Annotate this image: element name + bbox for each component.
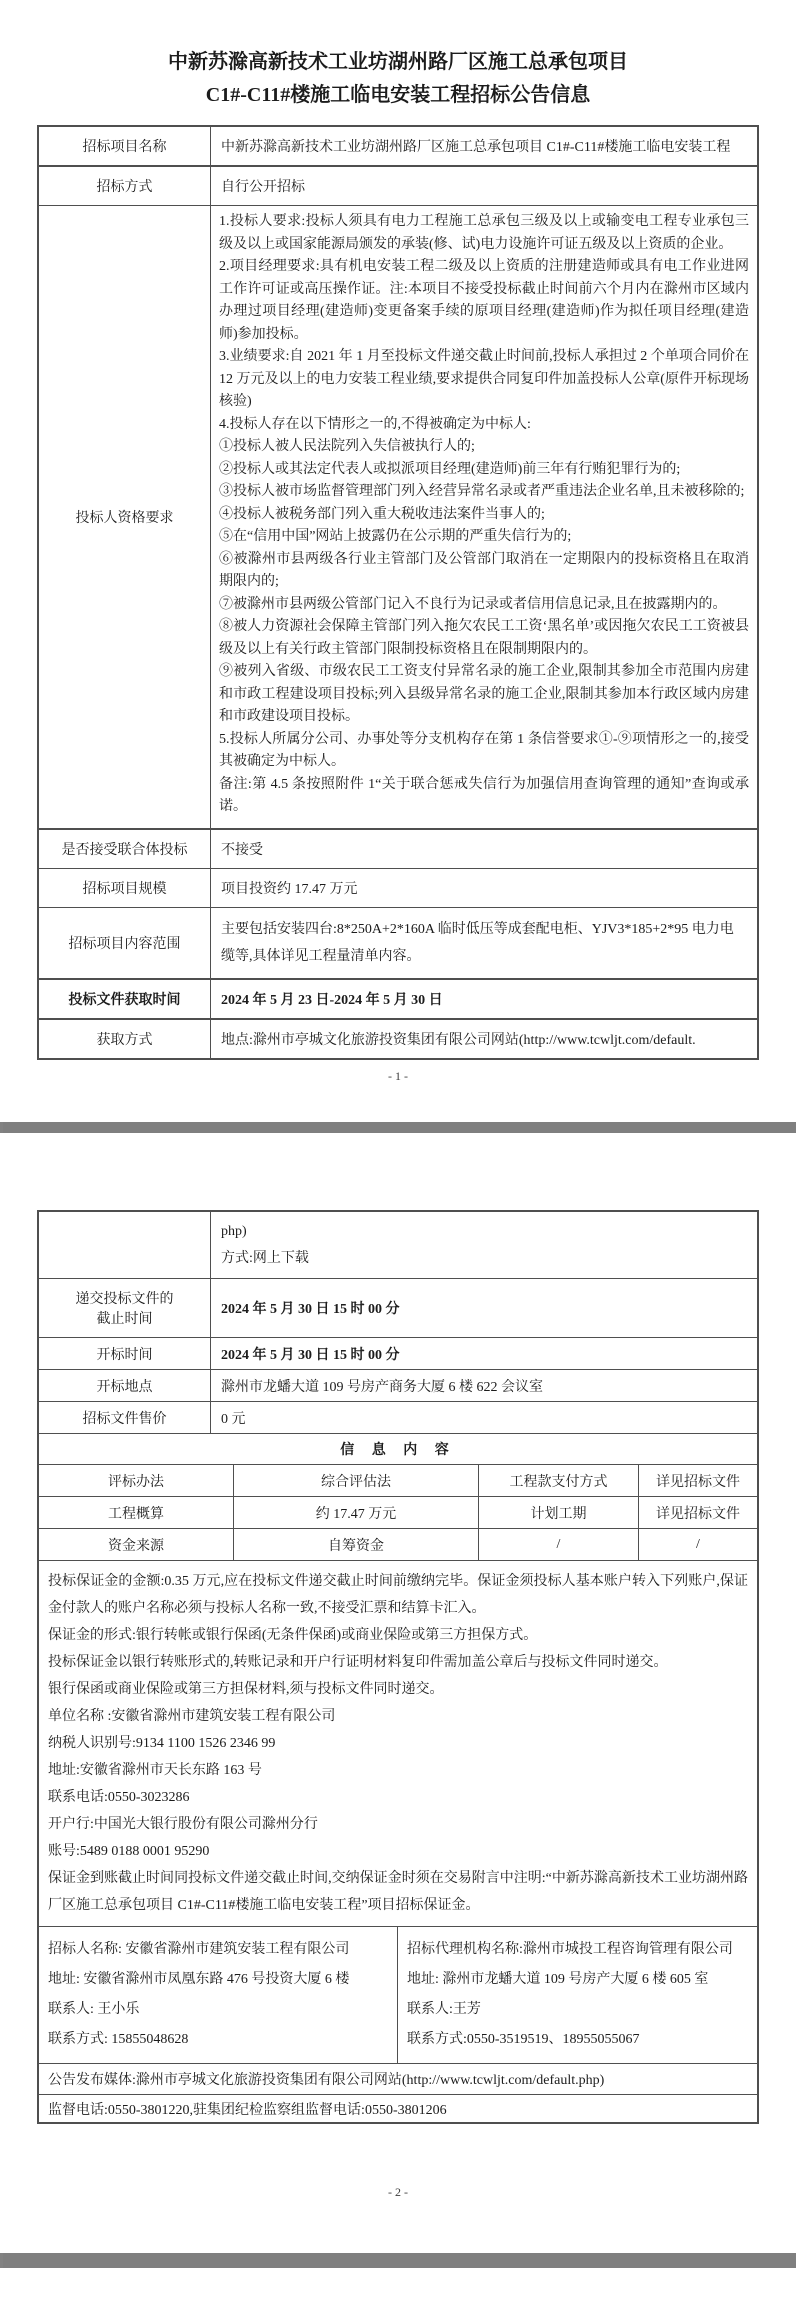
grid-cell: 资金来源 xyxy=(39,1529,234,1560)
tender-announcement-table-continued: php)方式:网上下载 递交投标文件的 截止时间 2024 年 5 月 30 日… xyxy=(37,1210,759,2124)
table-row-document-time: 投标文件获取时间 2024 年 5 月 23 日-2024 年 5 月 30 日 xyxy=(39,978,757,1018)
paragraph: 3.业绩要求:自 2021 年 1 月至投标文件递交截止时间前,投标人承担过 2… xyxy=(219,346,749,414)
row-label: 递交投标文件的 截止时间 xyxy=(39,1279,211,1337)
paragraph: 备注:第 4.5 条按照附件 1“关于联合惩戒失信行为加强信用查询管理的通知”查… xyxy=(219,774,749,819)
table-row-tender-method: 招标方式 自行公开招标 xyxy=(39,165,757,205)
grid-cell: 评标办法 xyxy=(39,1465,234,1496)
paragraph: 4.投标人存在以下情形之一的,不得被确定为中标人: xyxy=(219,414,749,437)
row-value: 不接受 xyxy=(211,830,757,868)
paragraph: 开户行:中国光大银行股份有限公司滁州分行 xyxy=(48,1811,748,1838)
paragraph: ⑥被滁州市县两级各行业主管部门及公管部门取消在一定期限内的投标资格且在取消期限内… xyxy=(219,549,749,594)
info-content-header: 信 息 内 容 xyxy=(39,1434,757,1464)
page-2: php)方式:网上下载 递交投标文件的 截止时间 2024 年 5 月 30 日… xyxy=(0,1133,796,2253)
table-row-qualification: 投标人资格要求 1.投标人要求:投标人须具有电力工程施工总承包三级及以上或输变电… xyxy=(39,205,757,828)
row-label: 开标地点 xyxy=(39,1370,211,1401)
table-row-submission-deadline: 递交投标文件的 截止时间 2024 年 5 月 30 日 15 时 00 分 xyxy=(39,1278,757,1337)
row-label: 招标项目规模 xyxy=(39,869,211,907)
document-canvas: 中新苏滁高新技术工业坊湖州路厂区施工总承包项目 C1#-C11#楼施工临电安装工… xyxy=(0,0,796,2315)
announcement-media: 公告发布媒体:滁州市亭城文化旅游投资集团有限公司网站(http://www.tc… xyxy=(39,2064,757,2094)
row-value: 地点:滁州市亭城文化旅游投资集团有限公司网站(http://www.tcwljt… xyxy=(211,1020,757,1058)
grid-cell: 自筹资金 xyxy=(234,1529,479,1560)
row-label: 招标项目名称 xyxy=(39,127,211,165)
row-label: 招标项目内容范围 xyxy=(39,908,211,978)
paragraph: 联系方式:0550-3519519、18955055067 xyxy=(407,2025,748,2055)
row-value: 中新苏滁高新技术工业坊湖州路厂区施工总承包项目 C1#-C11#楼施工临电安装工… xyxy=(211,127,757,165)
grid-cell: 详见招标文件 xyxy=(639,1497,757,1528)
supervision-phone: 监督电话:0550-3801220,驻集团纪检监察组监督电话:0550-3801… xyxy=(39,2095,757,2122)
row-label-line-1: 递交投标文件的 xyxy=(76,1288,174,1308)
row-value: 自行公开招标 xyxy=(211,167,757,205)
paragraph: 地址: 安徽省滁州市凤凰东路 476 号投资大厦 6 楼 xyxy=(48,1965,388,1995)
row-label: 投标文件获取时间 xyxy=(39,980,211,1018)
table-row-project-name: 招标项目名称 中新苏滁高新技术工业坊湖州路厂区施工总承包项目 C1#-C11#楼… xyxy=(39,127,757,165)
paragraph: 账号:5489 0188 0001 95290 xyxy=(48,1838,748,1865)
table-row-fund-source: 资金来源 自筹资金 / / xyxy=(39,1528,757,1560)
row-value: 2024 年 5 月 30 日 15 时 00 分 xyxy=(211,1279,757,1337)
row-label: 投标人资格要求 xyxy=(39,206,211,828)
continuation-text: php)方式:网上下载 xyxy=(211,1212,757,1278)
paragraph: ④投标人被税务部门列入重大税收违法案件当事人的; xyxy=(219,504,749,527)
table-row-project-scale: 招标项目规模 项目投资约 17.47 万元 xyxy=(39,868,757,907)
table-row-contacts: 招标人名称: 安徽省滁州市建筑安装工程有限公司地址: 安徽省滁州市凤凰东路 47… xyxy=(39,1926,757,2063)
table-row-document-price: 招标文件售价 0 元 xyxy=(39,1401,757,1433)
row-label: 获取方式 xyxy=(39,1020,211,1058)
paragraph: ①投标人被人民法院列入失信被执行人的; xyxy=(219,436,749,459)
table-row-info-header: 信 息 内 容 xyxy=(39,1433,757,1464)
paragraph: 投标保证金的金额:0.35 万元,应在投标文件递交截止时间前缴纳完毕。保证金须投… xyxy=(48,1568,748,1622)
page-separator xyxy=(0,1122,796,1133)
paragraph: ②投标人或其法定代表人或拟派项目经理(建造师)前三年有行贿犯罪行为的; xyxy=(219,459,749,482)
title-line-2: C1#-C11#楼施工临电安装工程招标公告信息 xyxy=(0,79,796,112)
paragraph: 联系人: 王小乐 xyxy=(48,1995,388,2025)
page-separator xyxy=(0,2253,796,2268)
table-row-obtain-method: 获取方式 地点:滁州市亭城文化旅游投资集团有限公司网站(http://www.t… xyxy=(39,1018,757,1058)
table-row-consortium: 是否接受联合体投标 不接受 xyxy=(39,828,757,868)
tender-announcement-table: 招标项目名称 中新苏滁高新技术工业坊湖州路厂区施工总承包项目 C1#-C11#楼… xyxy=(37,125,759,1060)
deposit-info-text: 投标保证金的金额:0.35 万元,应在投标文件递交截止时间前缴纳完毕。保证金须投… xyxy=(39,1561,757,1926)
paragraph: 联系电话:0550-3023286 xyxy=(48,1784,748,1811)
paragraph: 地址:安徽省滁州市天长东路 163 号 xyxy=(48,1757,748,1784)
paragraph: 招标代理机构名称:滁州市城投工程咨询管理有限公司 xyxy=(407,1935,748,1965)
row-value: 主要包括安装四台:8*250A+2*160A 临时低压等成套配电柜、YJV3*1… xyxy=(211,908,757,978)
table-row-opening-place: 开标地点 滁州市龙蟠大道 109 号房产商务大厦 6 楼 622 会议室 xyxy=(39,1369,757,1401)
row-value: 2024 年 5 月 30 日 15 时 00 分 xyxy=(211,1338,757,1369)
paragraph: ⑤在“信用中国”网站上披露仍在公示期的严重失信行为的; xyxy=(219,526,749,549)
paragraph: 保证金到账截止时间同投标文件递交截止时间,交纳保证金时须在交易附言中注明:“中新… xyxy=(48,1865,748,1919)
row-value: 项目投资约 17.47 万元 xyxy=(211,869,757,907)
grid-cell: 约 17.47 万元 xyxy=(234,1497,479,1528)
row-label: 开标时间 xyxy=(39,1338,211,1369)
row-label-line-2: 截止时间 xyxy=(97,1308,153,1328)
row-label: 是否接受联合体投标 xyxy=(39,830,211,868)
grid-cell: 工程概算 xyxy=(39,1497,234,1528)
table-row-obtain-method-continued: php)方式:网上下载 xyxy=(39,1212,757,1278)
grid-cell: 综合评估法 xyxy=(234,1465,479,1496)
table-row-deposit-info: 投标保证金的金额:0.35 万元,应在投标文件递交截止时间前缴纳完毕。保证金须投… xyxy=(39,1560,757,1926)
grid-cell: 详见招标文件 xyxy=(639,1465,757,1496)
paragraph: 2.项目经理要求:具有机电安装工程二级及以上资质的注册建造师或具有电工作业进网工… xyxy=(219,256,749,346)
title-line-1: 中新苏滁高新技术工业坊湖州路厂区施工总承包项目 xyxy=(0,46,796,79)
paragraph: 地址: 滁州市龙蟠大道 109 号房产大厦 6 楼 605 室 xyxy=(407,1965,748,1995)
table-row-media: 公告发布媒体:滁州市亭城文化旅游投资集团有限公司网站(http://www.tc… xyxy=(39,2063,757,2094)
row-value: 滁州市龙蟠大道 109 号房产商务大厦 6 楼 622 会议室 xyxy=(211,1370,757,1401)
grid-cell: / xyxy=(479,1529,639,1560)
qualification-text: 1.投标人要求:投标人须具有电力工程施工总承包三级及以上或输变电工程专业承包三级… xyxy=(211,206,757,828)
table-row-supervision: 监督电话:0550-3801220,驻集团纪检监察组监督电话:0550-3801… xyxy=(39,2094,757,2122)
table-row-estimate: 工程概算 约 17.47 万元 计划工期 详见招标文件 xyxy=(39,1496,757,1528)
paragraph: 1.投标人要求:投标人须具有电力工程施工总承包三级及以上或输变电工程专业承包三级… xyxy=(219,211,749,256)
grid-cell: 计划工期 xyxy=(479,1497,639,1528)
paragraph: 5.投标人所属分公司、办事处等分支机构存在第 1 条信誉要求①-⑨项情形之一的,… xyxy=(219,729,749,774)
paragraph: ⑨被列入省级、市级农民工工资支付异常名录的施工企业,限制其参加全市范围内房建和市… xyxy=(219,661,749,729)
paragraph: 银行保函或商业保险或第三方担保材料,须与投标文件同时递交。 xyxy=(48,1676,748,1703)
table-row-opening-time: 开标时间 2024 年 5 月 30 日 15 时 00 分 xyxy=(39,1337,757,1369)
row-value: 0 元 xyxy=(211,1402,757,1433)
paragraph: ⑧被人力资源社会保障主管部门列入拖欠农民工工资‘黑名单’或因拖欠农民工工资被县级… xyxy=(219,616,749,661)
table-row-project-scope: 招标项目内容范围 主要包括安装四台:8*250A+2*160A 临时低压等成套配… xyxy=(39,907,757,978)
row-value: 2024 年 5 月 23 日-2024 年 5 月 30 日 xyxy=(211,980,757,1018)
agency-contact: 招标代理机构名称:滁州市城投工程咨询管理有限公司地址: 滁州市龙蟠大道 109 … xyxy=(398,1927,757,2063)
paragraph: ③投标人被市场监督管理部门列入经营异常名录或者严重违法企业名单,且未被移除的; xyxy=(219,481,749,504)
page-number-1: - 1 - xyxy=(0,1069,796,1084)
paragraph: 保证金的形式:银行转帐或银行保函(无条件保函)或商业保险或第三方担保方式。 xyxy=(48,1622,748,1649)
tenderer-contact: 招标人名称: 安徽省滁州市建筑安装工程有限公司地址: 安徽省滁州市凤凰东路 47… xyxy=(39,1927,398,2063)
page-3-top xyxy=(0,2268,796,2315)
paragraph: 联系方式: 15855048628 xyxy=(48,2025,388,2055)
document-title: 中新苏滁高新技术工业坊湖州路厂区施工总承包项目 C1#-C11#楼施工临电安装工… xyxy=(0,46,796,112)
grid-cell: 工程款支付方式 xyxy=(479,1465,639,1496)
paragraph: ⑦被滁州市县两级公管部门记入不良行为记录或者信用信息记录,且在披露期内的。 xyxy=(219,594,749,617)
row-label: 招标方式 xyxy=(39,167,211,205)
paragraph: 纳税人识别号:9134 1100 1526 2346 99 xyxy=(48,1730,748,1757)
row-label-empty xyxy=(39,1212,211,1278)
paragraph: 联系人:王芳 xyxy=(407,1995,748,2025)
paragraph: 招标人名称: 安徽省滁州市建筑安装工程有限公司 xyxy=(48,1935,388,1965)
paragraph: 单位名称 :安徽省滁州市建筑安装工程有限公司 xyxy=(48,1703,748,1730)
table-row-evaluation: 评标办法 综合评估法 工程款支付方式 详见招标文件 xyxy=(39,1464,757,1496)
row-label: 招标文件售价 xyxy=(39,1402,211,1433)
page-number-2: - 2 - xyxy=(0,2185,796,2200)
page-1: 中新苏滁高新技术工业坊湖州路厂区施工总承包项目 C1#-C11#楼施工临电安装工… xyxy=(0,0,796,1122)
paragraph: php) xyxy=(221,1218,747,1245)
paragraph: 方式:网上下载 xyxy=(221,1245,747,1272)
paragraph: 投标保证金以银行转账形式的,转账记录和开户行证明材料复印件需加盖公章后与投标文件… xyxy=(48,1649,748,1676)
grid-cell: / xyxy=(639,1529,757,1560)
